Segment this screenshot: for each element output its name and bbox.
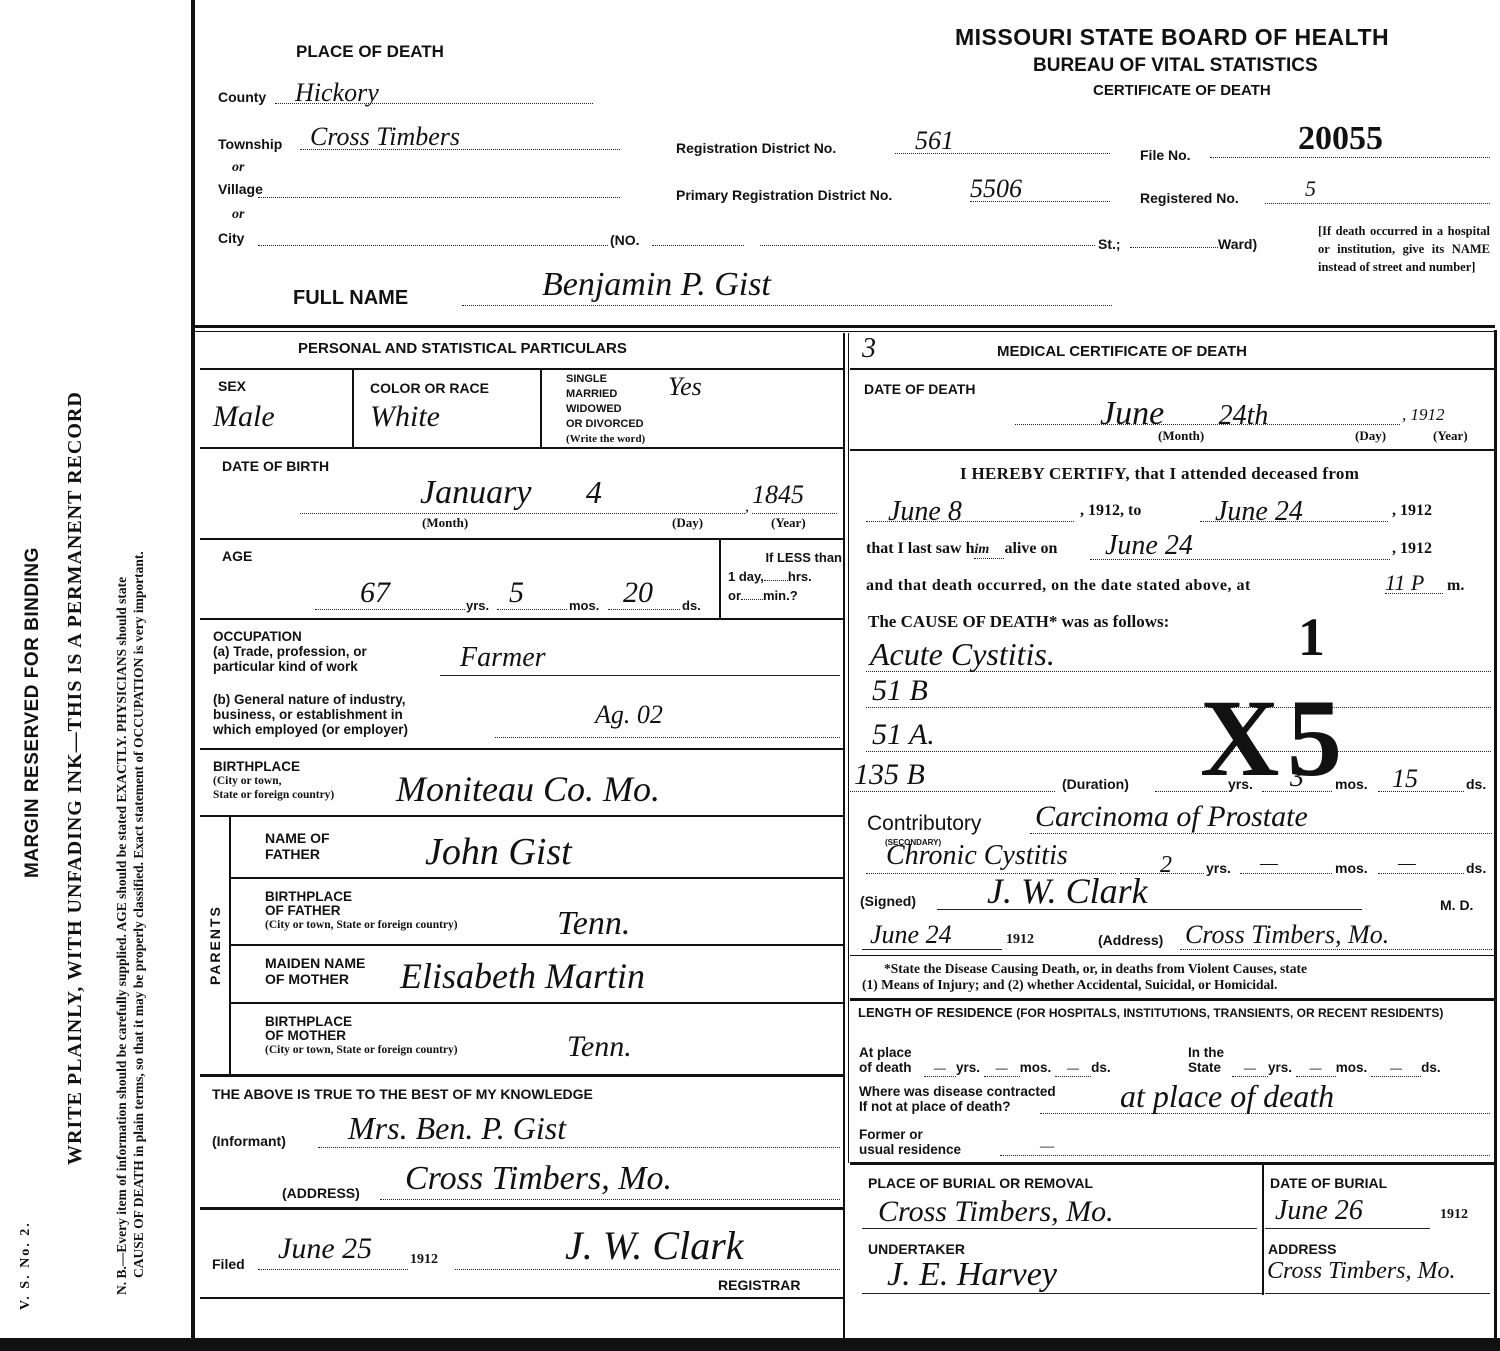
former-residence-value: — [1040, 1138, 1054, 1155]
mother-name-line1: MAIDEN NAME [265, 955, 365, 971]
occupation-a-line2: particular kind of work [213, 659, 367, 674]
undertaker-address-value: Cross Timbers, Mo. [1267, 1258, 1455, 1284]
last-saw-date-field[interactable]: June 24 [1090, 530, 1390, 560]
secondary-days-unit: ds. [1466, 860, 1486, 876]
burial-date-label: DATE OF BURIAL [1270, 1175, 1387, 1191]
header-divider-2 [195, 331, 1495, 332]
marital-field[interactable]: Yes [668, 372, 818, 402]
marital-married-label: MARRIED [566, 387, 645, 402]
city-field[interactable] [258, 228, 608, 246]
death-time-field[interactable]: 11 P [1385, 570, 1443, 594]
marital-widowed-label: WIDOWED [566, 402, 645, 417]
divider [200, 815, 843, 817]
ward-label: Ward) [1218, 236, 1257, 252]
death-month-caption: (Month) [1158, 428, 1204, 444]
father-name-value: John Gist [425, 831, 572, 873]
father-birthplace-label: BIRTHPLACE OF FATHER (City or town, Stat… [265, 890, 458, 932]
signed-date-field[interactable]: June 24 [862, 920, 1002, 950]
village-field[interactable] [258, 180, 620, 198]
to-label: to [1128, 502, 1141, 519]
birthplace-sub2: State or foreign country) [213, 788, 334, 802]
margin-instructions-2: CAUSE OF DEATH in plain terms, so that i… [131, 551, 147, 1278]
file-number-field[interactable]: 20055 [1210, 120, 1490, 158]
date-of-death-field[interactable]: June 24th [1015, 395, 1400, 425]
occupation-heading: OCCUPATION [213, 629, 367, 644]
place-months-unit: mos. [1020, 1060, 1052, 1075]
cause-code-3: 135 B [854, 758, 925, 791]
or-label: or [728, 588, 741, 603]
industry-line3: which employed (or employer) [213, 722, 408, 737]
in-state-line1: In the [1188, 1045, 1224, 1060]
county-field[interactable]: Hickory [275, 78, 593, 104]
certificate-title: CERTIFICATE OF DEATH [1093, 82, 1271, 99]
secondary-value: Chronic Cystitis [886, 840, 1068, 871]
occupation-field[interactable]: Farmer [440, 642, 840, 676]
industry-line2: business, or establishment in [213, 707, 408, 722]
left-border [191, 0, 195, 1338]
birthplace-label: BIRTHPLACE (City or town, State or forei… [213, 760, 334, 802]
age-months-value: 5 [509, 576, 524, 609]
undertaker-value: J. E. Harvey [887, 1256, 1057, 1293]
street-number-field[interactable] [652, 230, 744, 246]
attended-from-field[interactable]: June 8 [866, 496, 1074, 522]
state-days-unit: ds. [1421, 1060, 1441, 1075]
filed-label: Filed [212, 1256, 245, 1272]
md-label: M. D. [1440, 897, 1473, 913]
former-line1: Former or [859, 1127, 961, 1142]
divider [200, 447, 843, 449]
physician-signature: J. W. Clark [987, 871, 1148, 911]
signed-year-value: 1912 [1006, 932, 1034, 948]
cause-line-4[interactable]: 135 B [850, 758, 1055, 792]
signed-label: (Signed) [860, 893, 916, 909]
physician-address-label: (Address) [1098, 932, 1163, 948]
registered-number-label: Registered No. [1140, 190, 1239, 206]
last-saw-text: that I last saw himalive on [866, 540, 1057, 559]
file-number-value: 20055 [1298, 120, 1383, 157]
mother-name-line2: OF MOTHER [265, 971, 365, 987]
date-of-death-label: DATE OF DEATH [864, 381, 975, 397]
minutes-unit: min.? [763, 588, 798, 603]
age-label: AGE [222, 548, 252, 564]
bottom-border [0, 1338, 1500, 1351]
mother-bp-line3: (City or town, State or foreign country) [265, 1043, 458, 1057]
registration-district-label: Registration District No. [676, 140, 836, 156]
divider [200, 1074, 843, 1077]
attended-to-value: June 24 [1215, 496, 1303, 527]
registrar-signature: J. W. Clark [565, 1223, 744, 1268]
cause-footnote: *State the Disease Causing Death, or, in… [862, 961, 1307, 993]
years-unit: yrs. [466, 598, 489, 613]
divider [352, 370, 354, 447]
father-bp-line1: BIRTHPLACE [265, 890, 458, 904]
registered-number-value: 5 [1305, 176, 1316, 201]
informant-label: (Informant) [212, 1133, 286, 1149]
months-unit: mos. [569, 598, 599, 613]
informant-address-label: (ADDRESS) [282, 1185, 360, 1201]
divider [540, 370, 542, 447]
marital-labels: SINGLE MARRIED WIDOWED OR DIVORCED (Writ… [566, 372, 645, 447]
state-years-field[interactable]: — [1232, 1061, 1268, 1077]
divider [200, 748, 843, 750]
secondary-days-value: — [1398, 852, 1416, 874]
burial-year-value: 1912 [1440, 1207, 1468, 1223]
contracted-value: at place of death [1120, 1078, 1334, 1114]
city-label: City [218, 230, 244, 246]
dob-month-caption: (Month) [422, 515, 468, 531]
center-divider-2 [848, 333, 849, 1163]
former-line2: usual residence [859, 1142, 961, 1157]
cause-line-3[interactable]: 51 A. [866, 718, 1491, 752]
mother-name-value: Elisabeth Martin [400, 956, 645, 996]
race-field[interactable]: White [360, 400, 535, 440]
dob-month-day-field[interactable]: January 4 [300, 474, 745, 514]
street-number-label: (NO. [610, 232, 640, 248]
registrar-label: REGISTRAR [718, 1277, 800, 1293]
father-name-line1: NAME OF [265, 830, 330, 846]
age-days-value: 20 [623, 576, 653, 609]
divider [231, 877, 843, 879]
death-day-caption: (Day) [1355, 428, 1386, 444]
race-value: White [370, 400, 440, 433]
father-bp-line2: OF FATHER [265, 904, 458, 918]
industry-value: Ag. 02 [595, 700, 663, 729]
undertaker-address-field[interactable]: Cross Timbers, Mo. [1265, 1258, 1490, 1294]
dob-month-value: January [420, 474, 531, 511]
informant-statement: THE ABOVE IS TRUE TO THE BEST OF MY KNOW… [212, 1086, 593, 1102]
dob-year-caption: (Year) [771, 515, 806, 531]
duration-label: (Duration) [1062, 776, 1129, 792]
industry-field[interactable]: Ag. 02 [495, 700, 840, 738]
minutes-field[interactable] [741, 590, 763, 600]
divider [850, 368, 1495, 370]
township-label: Township [218, 136, 282, 152]
annotation-mark-1: 1 [1298, 606, 1325, 668]
duration-days-field[interactable]: 15 [1378, 764, 1464, 792]
death-month-value: June [1100, 395, 1164, 432]
section-mark: 3 [862, 333, 876, 365]
father-name-label: NAME OF FATHER [265, 830, 330, 862]
residence-heading-note: (FOR HOSPITALS, INSTITUTIONS, TRANSIENTS… [1016, 1006, 1443, 1020]
father-birthplace-field[interactable]: Tenn. [545, 905, 840, 945]
cause-line-2[interactable]: 51 B [866, 674, 1491, 708]
state-months-unit: mos. [1336, 1060, 1368, 1075]
attended-to-field[interactable]: June 24 [1200, 496, 1388, 522]
or-label-1: or [232, 160, 244, 176]
undertaker-label: UNDERTAKER [868, 1241, 965, 1257]
death-year-value[interactable]: , 1912 [1402, 405, 1445, 425]
contracted-field[interactable]: at place of death [1040, 1078, 1490, 1114]
mother-birthplace-label: BIRTHPLACE OF MOTHER (City or town, Stat… [265, 1015, 458, 1057]
state-duration-row: —yrs. —mos. —ds. [1232, 1060, 1441, 1077]
street-label: St.; [1098, 236, 1121, 252]
burial-place-label: PLACE OF BURIAL OR REMOVAL [868, 1175, 1093, 1191]
dob-label: DATE OF BIRTH [222, 458, 329, 474]
burial-date-field[interactable]: June 26 [1265, 1195, 1430, 1229]
township-field[interactable]: Cross Timbers [300, 122, 620, 150]
sex-label: SEX [218, 378, 246, 394]
undertaker-address-label: ADDRESS [1268, 1241, 1336, 1257]
informant-name: Mrs. Ben. P. Gist [348, 1110, 566, 1146]
contracted-line1: Where was disease contracted [859, 1084, 1056, 1099]
hours-field[interactable] [764, 571, 788, 581]
place-years-field[interactable]: — [924, 1061, 956, 1077]
registration-district-field[interactable]: 561 [895, 126, 1110, 154]
annotation-mark-2: X 5 [1200, 675, 1332, 802]
village-label: Village [218, 181, 263, 197]
margin-binding-note: MARGIN RESERVED FOR BINDING [22, 547, 44, 878]
divider [200, 1297, 843, 1299]
last-saw-prefix: that I last saw h [866, 540, 974, 557]
primary-district-label: Primary Registration District No. [676, 187, 892, 203]
contributory-value: Carcinoma of Prostate [1035, 800, 1308, 833]
cause-code-1: 51 B [872, 674, 928, 707]
birthplace-heading: BIRTHPLACE [213, 760, 334, 774]
divider [231, 1002, 843, 1004]
former-residence-label: Former or usual residence [859, 1127, 961, 1157]
death-occurred-text: and that death occurred, on the date sta… [866, 577, 1251, 595]
birthplace-field[interactable]: Moniteau Co. Mo. [392, 768, 842, 812]
less-than-line-2: 1 day,hrs. [724, 567, 842, 586]
death-time-value: 11 P [1385, 570, 1424, 595]
attended-to-year: , 1912 [1392, 502, 1432, 520]
full-name-value: Benjamin P. Gist [542, 266, 771, 303]
time-suffix: m. [1447, 577, 1464, 595]
margin-instructions-1: N. B.—Every item of information should b… [114, 577, 130, 1295]
marital-instruction: (Write the word) [566, 432, 645, 447]
burial-place-value: Cross Timbers, Mo. [878, 1195, 1114, 1228]
mother-bp-line2: OF MOTHER [265, 1029, 458, 1043]
street-name-field[interactable] [760, 230, 1095, 246]
comma: , [745, 498, 749, 516]
bureau-title: BUREAU OF VITAL STATISTICS [1033, 55, 1318, 77]
place-of-death-heading: PLACE OF DEATH [296, 42, 444, 62]
personal-heading: PERSONAL AND STATISTICAL PARTICULARS [298, 340, 627, 357]
dob-day-value: 4 [586, 474, 602, 510]
divider [850, 1162, 1495, 1165]
attended-to-year-value: 1912 [1400, 502, 1432, 519]
last-saw-year-value: 1912 [1400, 540, 1432, 557]
divider [850, 955, 1495, 956]
state-years-unit: yrs. [1268, 1060, 1292, 1075]
dob-year-value: 1845 [752, 480, 804, 509]
divider [200, 368, 843, 370]
burial-date-value: June 26 [1275, 1195, 1363, 1226]
mother-name-label: MAIDEN NAME OF MOTHER [265, 955, 365, 987]
death-day-value: 24th [1219, 400, 1269, 431]
state-days-field[interactable]: — [1371, 1061, 1421, 1077]
duration-days-unit: ds. [1466, 776, 1486, 792]
center-divider [843, 333, 845, 1338]
last-saw-pronoun[interactable]: im [974, 542, 1004, 559]
certify-statement: I HEREBY CERTIFY, that I attended deceas… [960, 464, 1359, 484]
industry-line1: (b) General nature of industry, [213, 692, 408, 707]
divider [850, 449, 1495, 451]
place-duration-row: —yrs. —mos. —ds. [924, 1060, 1111, 1077]
undertaker-field[interactable]: J. E. Harvey [862, 1256, 1262, 1294]
primary-district-field[interactable]: 5506 [970, 174, 1110, 202]
father-name-line2: FATHER [265, 846, 330, 862]
place-days-unit: ds. [1091, 1060, 1111, 1075]
right-border [1494, 330, 1497, 1338]
birthplace-value: Moniteau Co. Mo. [396, 769, 660, 809]
mother-bp-line1: BIRTHPLACE [265, 1015, 458, 1029]
days-unit: ds. [682, 598, 701, 613]
hours-unit: hrs. [788, 569, 812, 584]
attended-from-year: , 1912, to [1080, 502, 1141, 520]
cause-of-death-label: The CAUSE OF DEATH* was as follows: [868, 612, 1169, 632]
less-than-label: If LESS than 1 day,hrs. ormin.? [724, 548, 842, 605]
secondary-days-field[interactable]: — [1378, 852, 1464, 874]
filed-date-value: June 25 [278, 1232, 372, 1265]
physician-address-field[interactable]: Cross Timbers, Mo. [1180, 920, 1492, 950]
county-value: Hickory [295, 78, 379, 107]
informant-address: Cross Timbers, Mo. [405, 1160, 672, 1197]
registered-number-field[interactable]: 5 [1265, 176, 1490, 204]
last-saw-year: , 1912 [1392, 540, 1432, 558]
contracted-label: Where was disease contracted If not at p… [859, 1084, 1056, 1114]
burial-place-field[interactable]: Cross Timbers, Mo. [862, 1195, 1257, 1229]
divider [1262, 1165, 1264, 1295]
physician-signature-field[interactable]: J. W. Clark [937, 870, 1362, 910]
informant-field[interactable]: Mrs. Ben. P. Gist [318, 1110, 840, 1148]
filed-date-field[interactable]: June 25 [258, 1232, 408, 1270]
less-than-day: 1 day, [728, 569, 764, 584]
sex-value: Male [213, 400, 275, 433]
filed-year-value[interactable]: 1912 [410, 1252, 438, 1268]
duration-months-unit: mos. [1335, 776, 1368, 792]
last-saw-suffix: alive on [1004, 540, 1057, 557]
margin-permanent-note: WRITE PLAINLY, WITH UNFADING INK—THIS IS… [64, 391, 87, 1165]
parents-side-divider [229, 817, 231, 1075]
occupation-label: OCCUPATION (a) Trade, profession, or par… [213, 629, 367, 674]
occupation-a-line1: (a) Trade, profession, or [213, 644, 367, 659]
in-state-line2: State [1188, 1060, 1224, 1075]
place-years-unit: yrs. [956, 1060, 980, 1075]
parents-side-label: PARENTS [207, 905, 223, 985]
occupation-value: Farmer [460, 642, 546, 673]
divider [200, 538, 843, 540]
form-number: V. S. No. 2. [18, 1221, 34, 1310]
residence-heading-text: LENGTH OF RESIDENCE [858, 1005, 1013, 1020]
contracted-line2: If not at place of death? [859, 1099, 1056, 1114]
place-months-field[interactable]: — [984, 1061, 1020, 1077]
residence-heading: LENGTH OF RESIDENCE (FOR HOSPITALS, INST… [858, 1005, 1490, 1021]
primary-district-value: 5506 [970, 174, 1022, 203]
age-years-value: 67 [360, 576, 390, 609]
dob-year-field[interactable]: 1845 [752, 480, 837, 514]
divider [719, 540, 721, 618]
or-label-2: or [232, 207, 244, 223]
death-year-caption: (Year) [1433, 428, 1468, 444]
mother-birthplace-field[interactable]: Tenn. [545, 1030, 840, 1070]
contributory-label: Contributory [867, 812, 981, 836]
dob-day-caption: (Day) [672, 515, 703, 531]
cause-line-1[interactable]: Acute Cystitis. [866, 636, 1491, 672]
secondary-field[interactable]: Chronic Cystitis [866, 840, 1116, 874]
township-value: Cross Timbers [310, 122, 460, 151]
cause-code-2: 51 A. [872, 718, 935, 751]
cause-value: Acute Cystitis. [870, 636, 1055, 672]
less-than-line-1: If LESS than [724, 548, 842, 567]
physician-address-value: Cross Timbers, Mo. [1185, 920, 1389, 949]
county-label: County [218, 89, 266, 105]
full-name-label: FULL NAME [293, 287, 408, 310]
divider [200, 1207, 843, 1210]
place-days-field[interactable]: — [1055, 1061, 1091, 1077]
hospital-note: [If death occurred in a hospital or inst… [1318, 222, 1490, 276]
in-state-label: In the State [1188, 1045, 1224, 1075]
mother-name-field[interactable]: Elisabeth Martin [395, 955, 840, 999]
age-days-field[interactable]: 20 [608, 576, 680, 610]
full-name-field[interactable]: Benjamin P. Gist [462, 266, 1112, 306]
ward-field[interactable] [1130, 232, 1218, 248]
mother-birthplace-value: Tenn. [567, 1030, 632, 1063]
cause-footnote-line1: *State the Disease Causing Death, or, in… [862, 961, 1307, 977]
less-than-line-3: ormin.? [724, 586, 842, 605]
duration-days-value: 15 [1392, 764, 1418, 793]
hospital-note-text: [If death occurred in a hospital or inst… [1318, 224, 1490, 274]
marital-divorced-label: OR DIVORCED [566, 417, 645, 432]
divider [850, 998, 1495, 1001]
file-number-label: File No. [1140, 147, 1191, 163]
attended-from-year-value: 1912 [1088, 502, 1120, 519]
signed-date-value: June 24 [870, 920, 952, 949]
state-months-field[interactable]: — [1296, 1061, 1336, 1077]
attended-from-value: June 8 [888, 496, 962, 527]
race-label: COLOR OR RACE [370, 380, 489, 396]
father-name-field[interactable]: John Gist [400, 830, 840, 874]
last-saw-date-value: June 24 [1105, 530, 1193, 561]
birthplace-sub1: (City or town, [213, 774, 334, 788]
father-birthplace-value: Tenn. [557, 905, 630, 942]
divider [231, 944, 843, 946]
registrar-signature-field[interactable]: J. W. Clark [455, 1222, 840, 1270]
marital-value: Yes [668, 372, 702, 401]
medical-heading: MEDICAL CERTIFICATE OF DEATH [997, 343, 1247, 360]
header-divider [195, 325, 1495, 328]
cause-footnote-line2: (1) Means of Injury; and (2) whether Acc… [862, 977, 1307, 993]
agency-title: MISSOURI STATE BOARD OF HEALTH [955, 24, 1389, 51]
sex-field[interactable]: Male [205, 400, 350, 440]
at-place-label: At place of death [859, 1045, 912, 1075]
at-place-line1: At place [859, 1045, 912, 1060]
at-place-line2: of death [859, 1060, 912, 1075]
age-years-field[interactable]: 67 [315, 576, 465, 610]
contributory-field[interactable]: Carcinoma of Prostate [1030, 800, 1492, 834]
father-bp-line3: (City or town, State or foreign country) [265, 918, 458, 932]
divider [200, 618, 843, 620]
informant-address-field[interactable]: Cross Timbers, Mo. [380, 1160, 840, 1200]
marital-single-label: SINGLE [566, 372, 645, 387]
former-residence-field[interactable]: — [1000, 1138, 1490, 1156]
industry-label: (b) General nature of industry, business… [213, 692, 408, 737]
age-months-field[interactable]: 5 [497, 576, 567, 610]
registration-district-value: 561 [915, 126, 954, 155]
